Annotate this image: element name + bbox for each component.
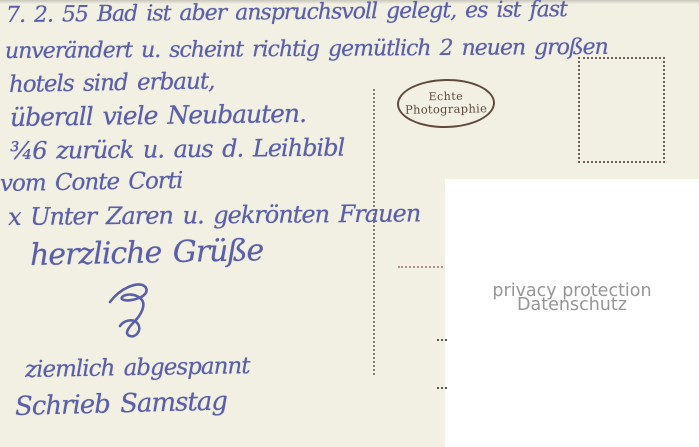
privacy-overlay: privacy protection Datenschutz (445, 179, 699, 447)
stamp-placement-box (578, 57, 665, 163)
address-dotted-line (398, 266, 450, 268)
stamp-line-2: Photographie (405, 102, 487, 116)
privacy-watermark: privacy protection Datenschutz (445, 285, 699, 313)
handwriting-line-3: hotels sind erbaut, (9, 68, 215, 98)
handwriting-line-6: vom Conte Corti (0, 168, 183, 197)
privacy-watermark-line-2: Datenschutz (445, 298, 699, 313)
signature-flourish (96, 276, 176, 340)
handwriting-line-2: unverändert u. scheint richtig gemütlich… (5, 35, 608, 64)
handwriting-line-7: x Unter Zaren u. gekrönten Frauen (8, 199, 420, 231)
echte-photographie-oval-stamp: Echte Photographie (397, 78, 496, 129)
handwriting-line-10: Schrieb Samstag (15, 386, 228, 422)
handwriting-line-9: ziemlich abgespannt (25, 353, 250, 383)
address-line-remnant-2 (437, 387, 447, 389)
address-line-remnant-1 (437, 339, 447, 341)
handwriting-line-1: 7. 2. 55 Bad ist aber anspruchsvoll gele… (6, 0, 567, 28)
handwriting-line-4: überall viele Neubauten. (10, 99, 306, 132)
handwriting-line-8: herzliche Grüße (30, 233, 264, 273)
handwriting-line-5: ¾6 zurück u. aus d. Leihbibl (10, 134, 344, 165)
postcard-divider-dotted-line (373, 89, 375, 375)
